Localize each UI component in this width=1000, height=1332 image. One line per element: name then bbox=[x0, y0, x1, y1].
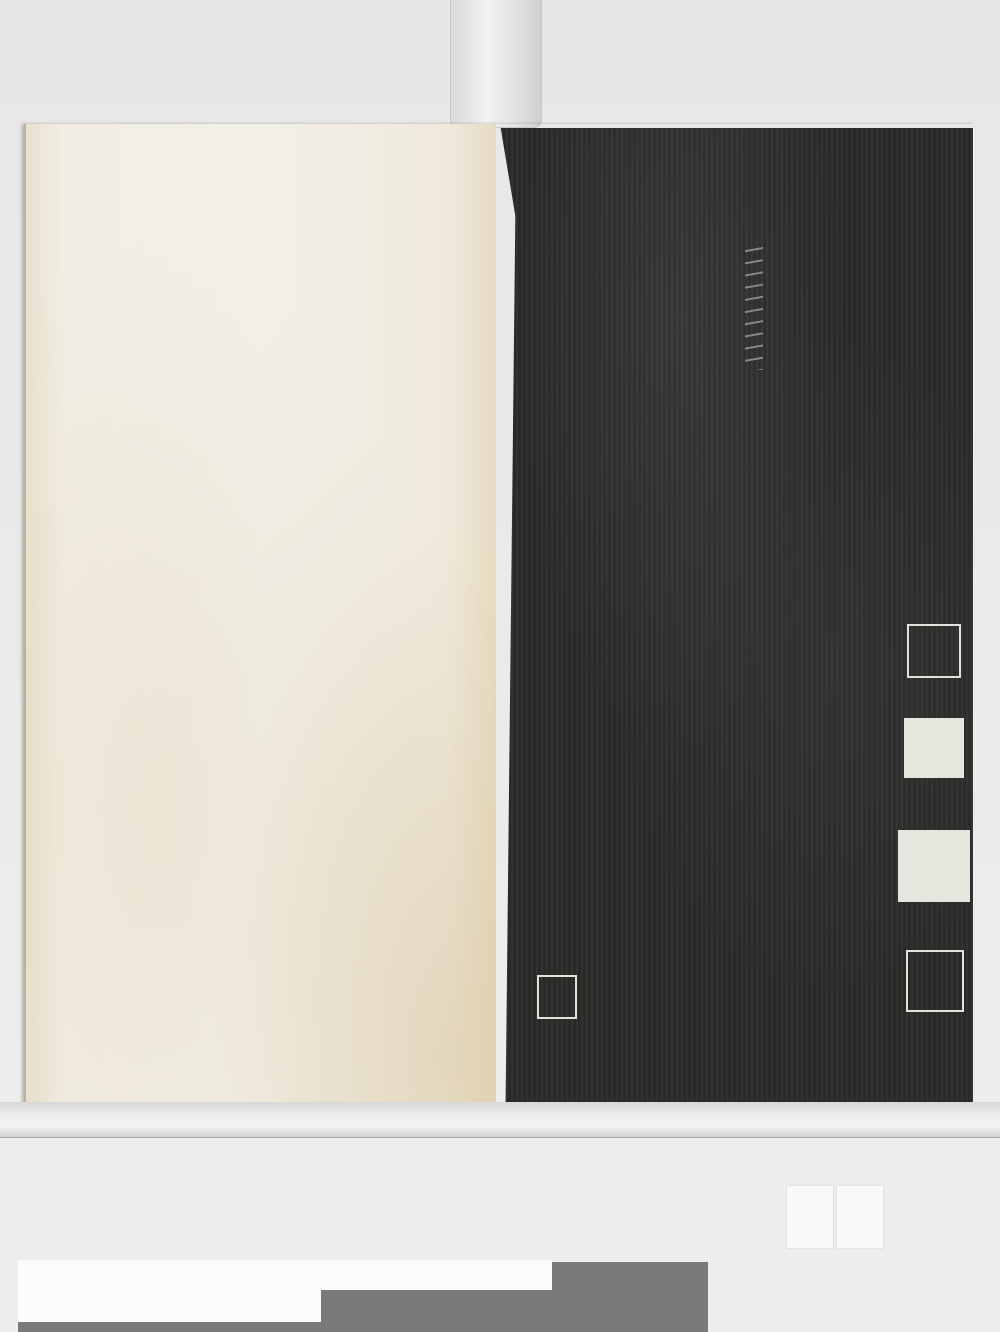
collector-seal-1 bbox=[907, 624, 961, 678]
collector-seal-5 bbox=[537, 975, 577, 1019]
accession-label bbox=[18, 1260, 552, 1290]
rubbing-leaf bbox=[486, 128, 975, 1104]
page-number bbox=[787, 1186, 883, 1248]
display-shelf bbox=[0, 1102, 1000, 1138]
album-spread bbox=[24, 124, 975, 1104]
collector-seal-2 bbox=[904, 718, 964, 778]
title-label bbox=[18, 1290, 321, 1322]
collector-seal-3 bbox=[898, 830, 970, 902]
rubbing-stroke-marks bbox=[745, 240, 763, 370]
mounting-clip bbox=[450, 0, 542, 128]
collector-seal-4 bbox=[906, 950, 964, 1012]
page-digit bbox=[787, 1186, 833, 1248]
page-digit bbox=[837, 1186, 883, 1248]
blank-leaf bbox=[24, 124, 496, 1104]
grayscale-step-row bbox=[18, 1220, 708, 1262]
